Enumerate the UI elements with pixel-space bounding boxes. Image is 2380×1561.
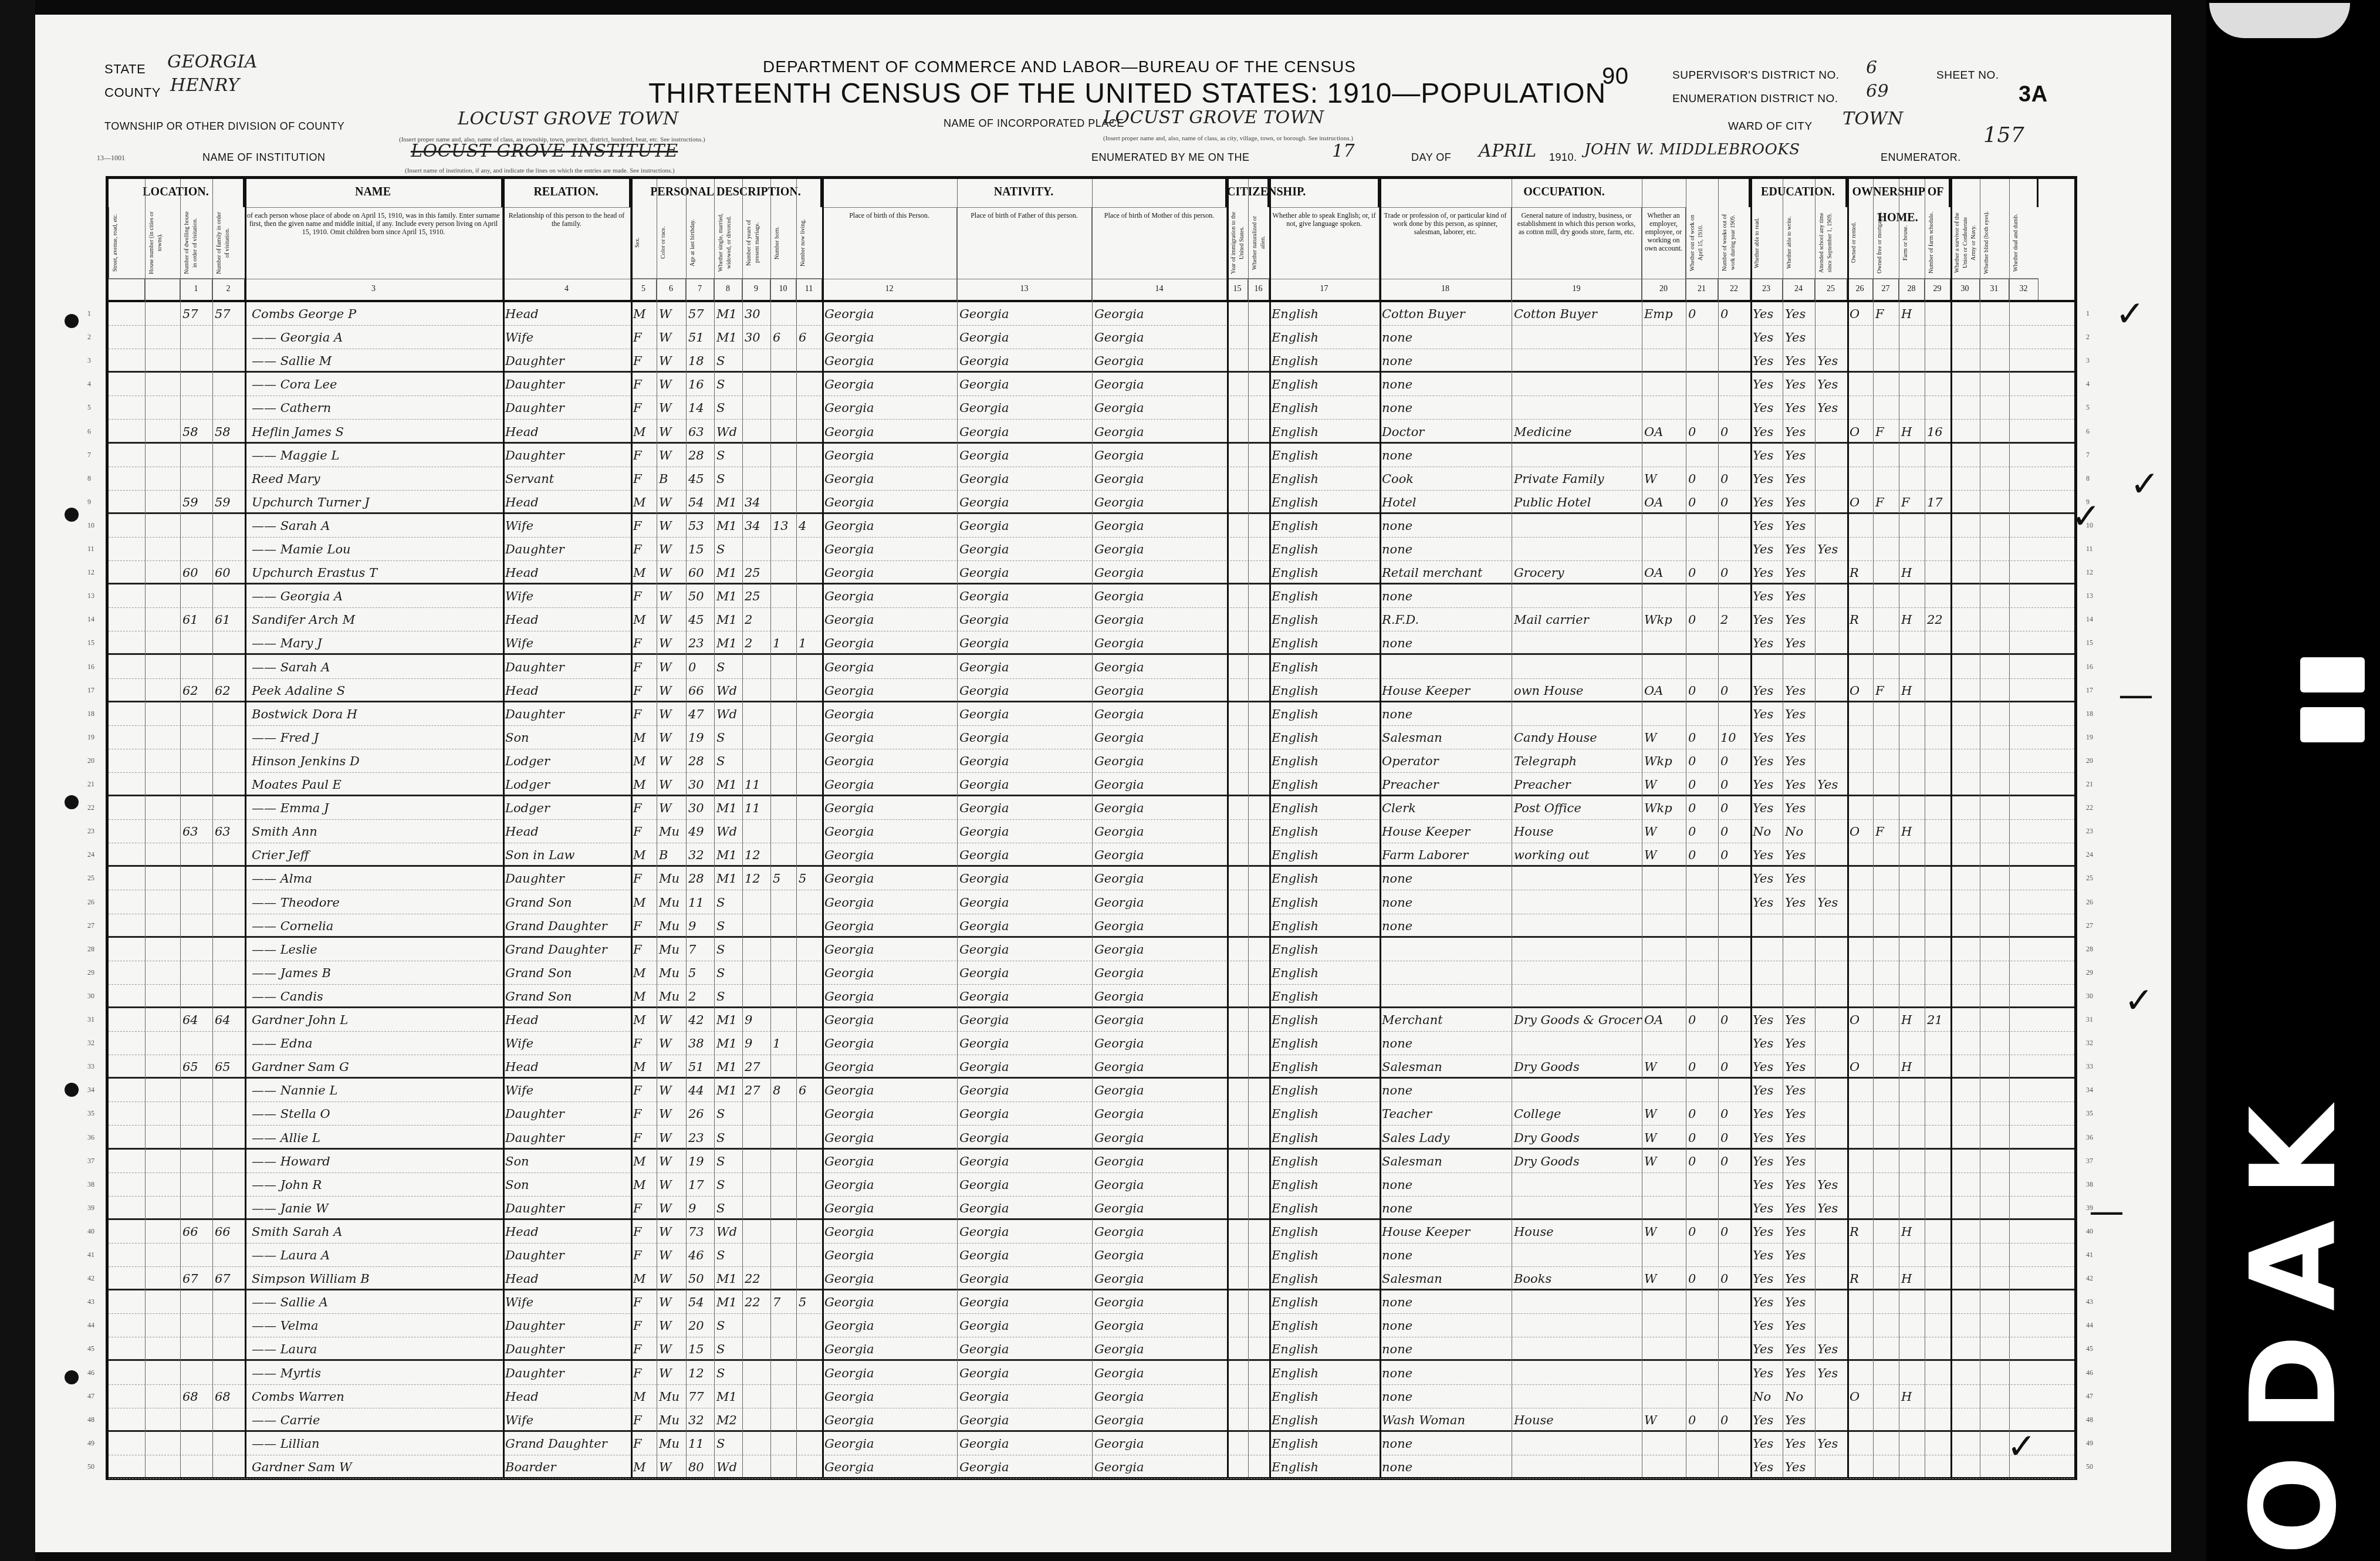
table-row: —— Laura ADaughterFW46SGeorgiaGeorgiaGeo… [109,1244,2074,1267]
cell-fh [1899,1126,1925,1150]
cell-emp: W [1642,1267,1686,1290]
cell-emp: OA [1642,420,1686,444]
cell-trade: House Keeper [1380,679,1512,702]
cell-bf: Georgia [957,514,1092,538]
cell-own [1847,914,1873,938]
cell-born: 8 [770,1079,796,1102]
cell-ms: M1 [714,561,742,584]
cell-wr: Yes [1783,584,1815,608]
cell-name: Moates Paul E [245,773,503,796]
cell-dw [180,938,212,961]
line-number: 41 [87,1251,94,1259]
page-stamp: 90 [1602,63,1629,90]
cell-fam [212,396,245,420]
cell-sc: Yes [1815,773,1847,796]
cell-bm: Georgia [1092,938,1227,961]
punch-hole [65,1083,79,1097]
cell-bp: Georgia [822,302,957,326]
cell-yrs [742,1197,770,1220]
table-row: —— James BGrand SonMMu5SGeorgiaGeorgiaGe… [109,961,2074,985]
column-description: Whether able to speak English; or, if no… [1269,207,1380,279]
cell-name: Upchurch Erastus T [245,561,503,584]
column-group-header: RELATION. [503,179,631,207]
cell-dw [180,867,212,890]
cell-ms: Wd [714,420,742,444]
column-rule [822,179,824,1477]
cell-race: W [657,608,686,631]
cell-lang: English [1269,561,1380,584]
cell-ow [1686,396,1718,420]
column-number [109,279,145,300]
cell-ms: M1 [714,1079,742,1102]
cell-wk [1718,584,1750,608]
cell-fs [1925,349,1950,373]
day-of-label: DAY OF [1411,151,1451,164]
cell-liv [796,467,822,491]
line-number-right: 18 [2086,709,2093,718]
cell-lang: English [1269,1244,1380,1267]
cell-fam [212,1173,245,1197]
cell-bf: Georgia [957,326,1092,349]
cell-yrs [742,985,770,1008]
cell-yrs [742,938,770,961]
column-rule [686,179,687,1477]
cell-fam [212,1337,245,1361]
cell-own [1847,1314,1873,1337]
cell-rel: Grand Daughter [503,1432,631,1455]
cell-fam [212,891,245,914]
cell-bm: Georgia [1092,1126,1227,1150]
cell-own [1847,584,1873,608]
cell-race: W [657,326,686,349]
cell-yrs: 2 [742,608,770,631]
cell-own [1847,1455,1873,1479]
line-number: 36 [87,1133,94,1142]
cell-dw [180,726,212,749]
cell-sc: Yes [1815,1197,1847,1220]
cell-race: W [657,656,686,679]
cell-liv [796,1220,822,1244]
line-number-right: 5 [2086,403,2090,412]
cell-wk: 0 [1718,773,1750,796]
cell-trade: Cook [1380,467,1512,491]
cell-ind: House [1512,820,1642,843]
cell-emp [1642,514,1686,538]
column-group-header: LOCATION. [109,179,245,207]
cell-age: 63 [686,420,714,444]
cell-bf: Georgia [957,702,1092,726]
line-number: 3 [87,356,91,365]
cell-rel: Son [503,1150,631,1173]
cell-fh [1899,514,1925,538]
cell-bp: Georgia [822,444,957,467]
cell-fh [1899,914,1925,938]
cell-bf: Georgia [957,1079,1092,1102]
column-number: 24 [1783,279,1815,300]
line-number: 6 [87,427,91,436]
cell-fs [1925,1267,1950,1290]
cell-wk [1718,702,1750,726]
cell-race: Mu [657,985,686,1008]
cell-fm [1873,396,1899,420]
cell-fs [1925,373,1950,396]
cell-trade: R.F.D. [1380,608,1512,631]
cell-ind [1512,538,1642,561]
cell-bf: Georgia [957,538,1092,561]
column-description: Number of dwelling house in order of vis… [180,207,212,279]
cell-rel: Servant [503,467,631,491]
cell-bf: Georgia [957,1055,1092,1079]
cell-rd: Yes [1750,1079,1783,1102]
cell-trade: none [1380,1079,1512,1102]
cell-fam: 68 [212,1385,245,1408]
cell-wr: Yes [1783,1361,1815,1385]
table-row: Moates Paul ELodgerMW30M111GeorgiaGeorgi… [109,773,2074,796]
cell-fs [1925,1408,1950,1432]
cell-liv [796,938,822,961]
punch-hole [65,1370,79,1384]
column-number: 21 [1686,279,1718,300]
line-number: 21 [87,780,94,789]
cell-own [1847,1361,1873,1385]
cell-bm: Georgia [1092,1244,1227,1267]
cell-name: —— Nannie L [245,1079,503,1102]
line-number-right: 28 [2086,945,2093,954]
cell-fam: 62 [212,679,245,702]
cell-bp: Georgia [822,867,957,890]
line-number-right: 36 [2086,1133,2093,1142]
column-description: Relationship of this person to the head … [503,207,631,279]
line-number-right: 31 [2086,1015,2093,1024]
column-rule [1899,179,1899,1477]
column-rule [796,179,797,1477]
cell-yrs [742,656,770,679]
cell-ow: 0 [1686,796,1718,820]
cell-ind: Private Family [1512,467,1642,491]
cell-emp [1642,584,1686,608]
institution-note: (Insert name of institution, if any, and… [405,167,675,174]
cell-fs [1925,302,1950,326]
cell-wk: 0 [1718,302,1750,326]
cell-ms: S [714,891,742,914]
cell-dw: 62 [180,679,212,702]
line-number-right: 21 [2086,780,2093,789]
cell-bp: Georgia [822,1361,957,1385]
cell-emp: OA [1642,679,1686,702]
cell-rd: Yes [1750,467,1783,491]
cell-bm: Georgia [1092,702,1227,726]
cell-rel: Grand Daughter [503,914,631,938]
line-number-right: 16 [2086,663,2093,671]
enumerator-label: ENUMERATOR. [1881,151,1961,164]
cell-age: 60 [686,561,714,584]
cell-dw [180,1314,212,1337]
supervisors-district-value: 6 [1866,58,1878,78]
cell-wr: No [1783,820,1815,843]
cell-race: W [657,396,686,420]
cell-ow [1686,656,1718,679]
cell-ow: 0 [1686,843,1718,867]
cell-liv: 4 [796,514,822,538]
cell-emp [1642,1337,1686,1361]
cell-wr: Yes [1783,796,1815,820]
cell-born [770,1173,796,1197]
column-group-header: NAME [245,179,503,207]
cell-race: W [657,1102,686,1126]
cell-fs: 16 [1925,420,1950,444]
cell-ind [1512,1337,1642,1361]
cell-trade: none [1380,891,1512,914]
cell-ms: M1 [714,1032,742,1055]
column-description: Farm or house. [1899,207,1925,279]
cell-emp [1642,914,1686,938]
cell-fam: 60 [212,561,245,584]
cell-sc [1815,1455,1847,1479]
cell-rd: Yes [1750,1361,1783,1385]
cell-emp: W [1642,1102,1686,1126]
column-number: 2 [212,279,245,300]
cell-emp: W [1642,1126,1686,1150]
cell-dw: 68 [180,1385,212,1408]
cell-fam [212,749,245,773]
cell-trade: none [1380,1244,1512,1267]
cell-sc [1815,1314,1847,1337]
cell-yrs [742,679,770,702]
cell-ow: 0 [1686,1267,1718,1290]
cell-ow [1686,985,1718,1008]
cell-bp: Georgia [822,891,957,914]
cell-fs: 21 [1925,1008,1950,1032]
column-number: 31 [1980,279,2009,300]
cell-race: W [657,702,686,726]
column-group-header [1269,179,1380,207]
cell-sex: F [631,396,657,420]
column-description: Place of birth of this Person. [822,207,957,279]
cell-fm [1873,1102,1899,1126]
cell-yrs [742,1220,770,1244]
cell-age: 66 [686,679,714,702]
cell-born [770,1314,796,1337]
cell-name: —— Georgia A [245,326,503,349]
cell-race: W [657,444,686,467]
cell-race: W [657,796,686,820]
cell-fh [1899,891,1925,914]
cell-sc [1815,843,1847,867]
column-description: Attended school any time since September… [1815,207,1847,279]
cell-lang: English [1269,679,1380,702]
cell-fh [1899,773,1925,796]
cell-born [770,444,796,467]
cell-trade: none [1380,514,1512,538]
cell-bp: Georgia [822,1197,957,1220]
column-number: 22 [1718,279,1750,300]
cell-ms: S [714,914,742,938]
cell-age: 9 [686,914,714,938]
cell-emp [1642,1290,1686,1314]
line-number-right: 27 [2086,921,2093,930]
cell-liv [796,679,822,702]
cell-bp: Georgia [822,326,957,349]
cell-own: O [1847,420,1873,444]
cell-yrs: 9 [742,1008,770,1032]
cell-rel: Head [503,491,631,514]
cell-fs [1925,631,1950,655]
cell-race: W [657,1220,686,1244]
column-rule [1248,179,1249,1477]
cell-born [770,796,796,820]
cell-bf: Georgia [957,1408,1092,1432]
cell-fs [1925,891,1950,914]
cell-age: 51 [686,1055,714,1079]
cell-rd: Yes [1750,1173,1783,1197]
column-number: 29 [1925,279,1950,300]
cell-fh: H [1899,302,1925,326]
cell-emp: W [1642,726,1686,749]
cell-wk [1718,1032,1750,1055]
cell-dw [180,1361,212,1385]
cell-bm: Georgia [1092,679,1227,702]
cell-race: W [657,538,686,561]
cell-ind [1512,631,1642,655]
cell-fm: F [1873,679,1899,702]
cell-trade: none [1380,1337,1512,1361]
cell-liv [796,1126,822,1150]
cell-wr: Yes [1783,1290,1815,1314]
cell-ms: S [714,373,742,396]
enumeration-day: 17 [1332,141,1355,161]
cell-trade: Wash Woman [1380,1408,1512,1432]
cell-sc [1815,444,1847,467]
cell-trade: Clerk [1380,796,1512,820]
cell-rel: Daughter [503,867,631,890]
cell-bf: Georgia [957,561,1092,584]
cell-ms: S [714,1150,742,1173]
cell-emp: W [1642,820,1686,843]
table-row: —— Janie WDaughterFW9SGeorgiaGeorgiaGeor… [109,1197,2074,1220]
cell-name: —— Myrtis [245,1361,503,1385]
cell-ind [1512,867,1642,890]
cell-age: 28 [686,867,714,890]
cell-rd: Yes [1750,1408,1783,1432]
cell-fam [212,444,245,467]
cell-emp: W [1642,1220,1686,1244]
cell-fam [212,584,245,608]
cell-wk: 0 [1718,1126,1750,1150]
cell-bm: Georgia [1092,891,1227,914]
cell-ow: 0 [1686,1150,1718,1173]
cell-ms: Wd [714,1220,742,1244]
cell-born [770,491,796,514]
line-number: 38 [87,1180,94,1189]
cell-fs [1925,679,1950,702]
table-row: 6060Upchurch Erastus THeadMW60M125Georgi… [109,561,2074,584]
table-row: —— Georgia AWifeFW50M125GeorgiaGeorgiaGe… [109,584,2074,608]
cell-ms: Wd [714,1455,742,1479]
cell-rd: Yes [1750,796,1783,820]
cell-name: Gardner John L [245,1008,503,1032]
cell-lang: English [1269,867,1380,890]
column-number: 15 [1227,279,1248,300]
cell-ms: Wd [714,702,742,726]
cell-born [770,1102,796,1126]
cell-rel: Lodger [503,796,631,820]
cell-sex: F [631,1290,657,1314]
county-value: Henry [170,75,239,96]
cell-bp: Georgia [822,796,957,820]
cell-name: —— Georgia A [245,584,503,608]
cell-ms: M1 [714,1385,742,1408]
table-row: 6666Smith Sarah AHeadFW73WdGeorgiaGeorgi… [109,1220,2074,1244]
cell-lang: English [1269,396,1380,420]
cell-sc [1815,1150,1847,1173]
cell-born [770,773,796,796]
cell-bp: Georgia [822,1220,957,1244]
cell-trade: Hotel [1380,491,1512,514]
cell-fs [1925,914,1950,938]
cell-race: Mu [657,891,686,914]
cell-fm [1873,985,1899,1008]
cell-born [770,914,796,938]
cell-sc [1815,702,1847,726]
cell-bf: Georgia [957,985,1092,1008]
column-rule [1847,179,1849,1477]
cell-own [1847,1150,1873,1173]
cell-emp [1642,631,1686,655]
cell-bm: Georgia [1092,326,1227,349]
cell-fm [1873,1337,1899,1361]
line-number-right: 47 [2086,1392,2093,1401]
cell-fh: H [1899,420,1925,444]
cell-born [770,1432,796,1455]
cell-bm: Georgia [1092,1102,1227,1126]
cell-fm [1873,1432,1899,1455]
cell-name: —— James B [245,961,503,985]
punch-hole [65,508,79,522]
cell-race: W [657,726,686,749]
cell-name: Upchurch Turner J [245,491,503,514]
cell-rd: Yes [1750,608,1783,631]
cell-age: 12 [686,1361,714,1385]
cell-ind: Public Hotel [1512,491,1642,514]
cell-rd: Yes [1750,891,1783,914]
column-description: Year of immigration to the United States… [1227,207,1248,279]
cell-ind [1512,656,1642,679]
cell-fh [1899,961,1925,985]
cell-ms: M1 [714,867,742,890]
line-number-right: 8 [2086,474,2090,483]
cell-ow [1686,326,1718,349]
cell-trade [1380,938,1512,961]
enumeration-district-value: 69 [1866,81,1889,102]
cell-race: W [657,584,686,608]
cell-ind: Medicine [1512,420,1642,444]
cell-fam: 57 [212,302,245,326]
cell-rel: Wife [503,584,631,608]
column-description: Owned or rented. [1847,207,1873,279]
cell-sex: M [631,843,657,867]
cell-sex: M [631,749,657,773]
cell-born [770,302,796,326]
cell-yrs [742,1432,770,1455]
line-number: 32 [87,1039,94,1048]
cell-bp: Georgia [822,467,957,491]
cell-rel: Grand Son [503,961,631,985]
cell-ind [1512,914,1642,938]
cell-rel: Wife [503,1079,631,1102]
cell-liv [796,1150,822,1173]
cell-born [770,702,796,726]
table-row: 6262Peek Adaline SHeadFW66WdGeorgiaGeorg… [109,679,2074,702]
